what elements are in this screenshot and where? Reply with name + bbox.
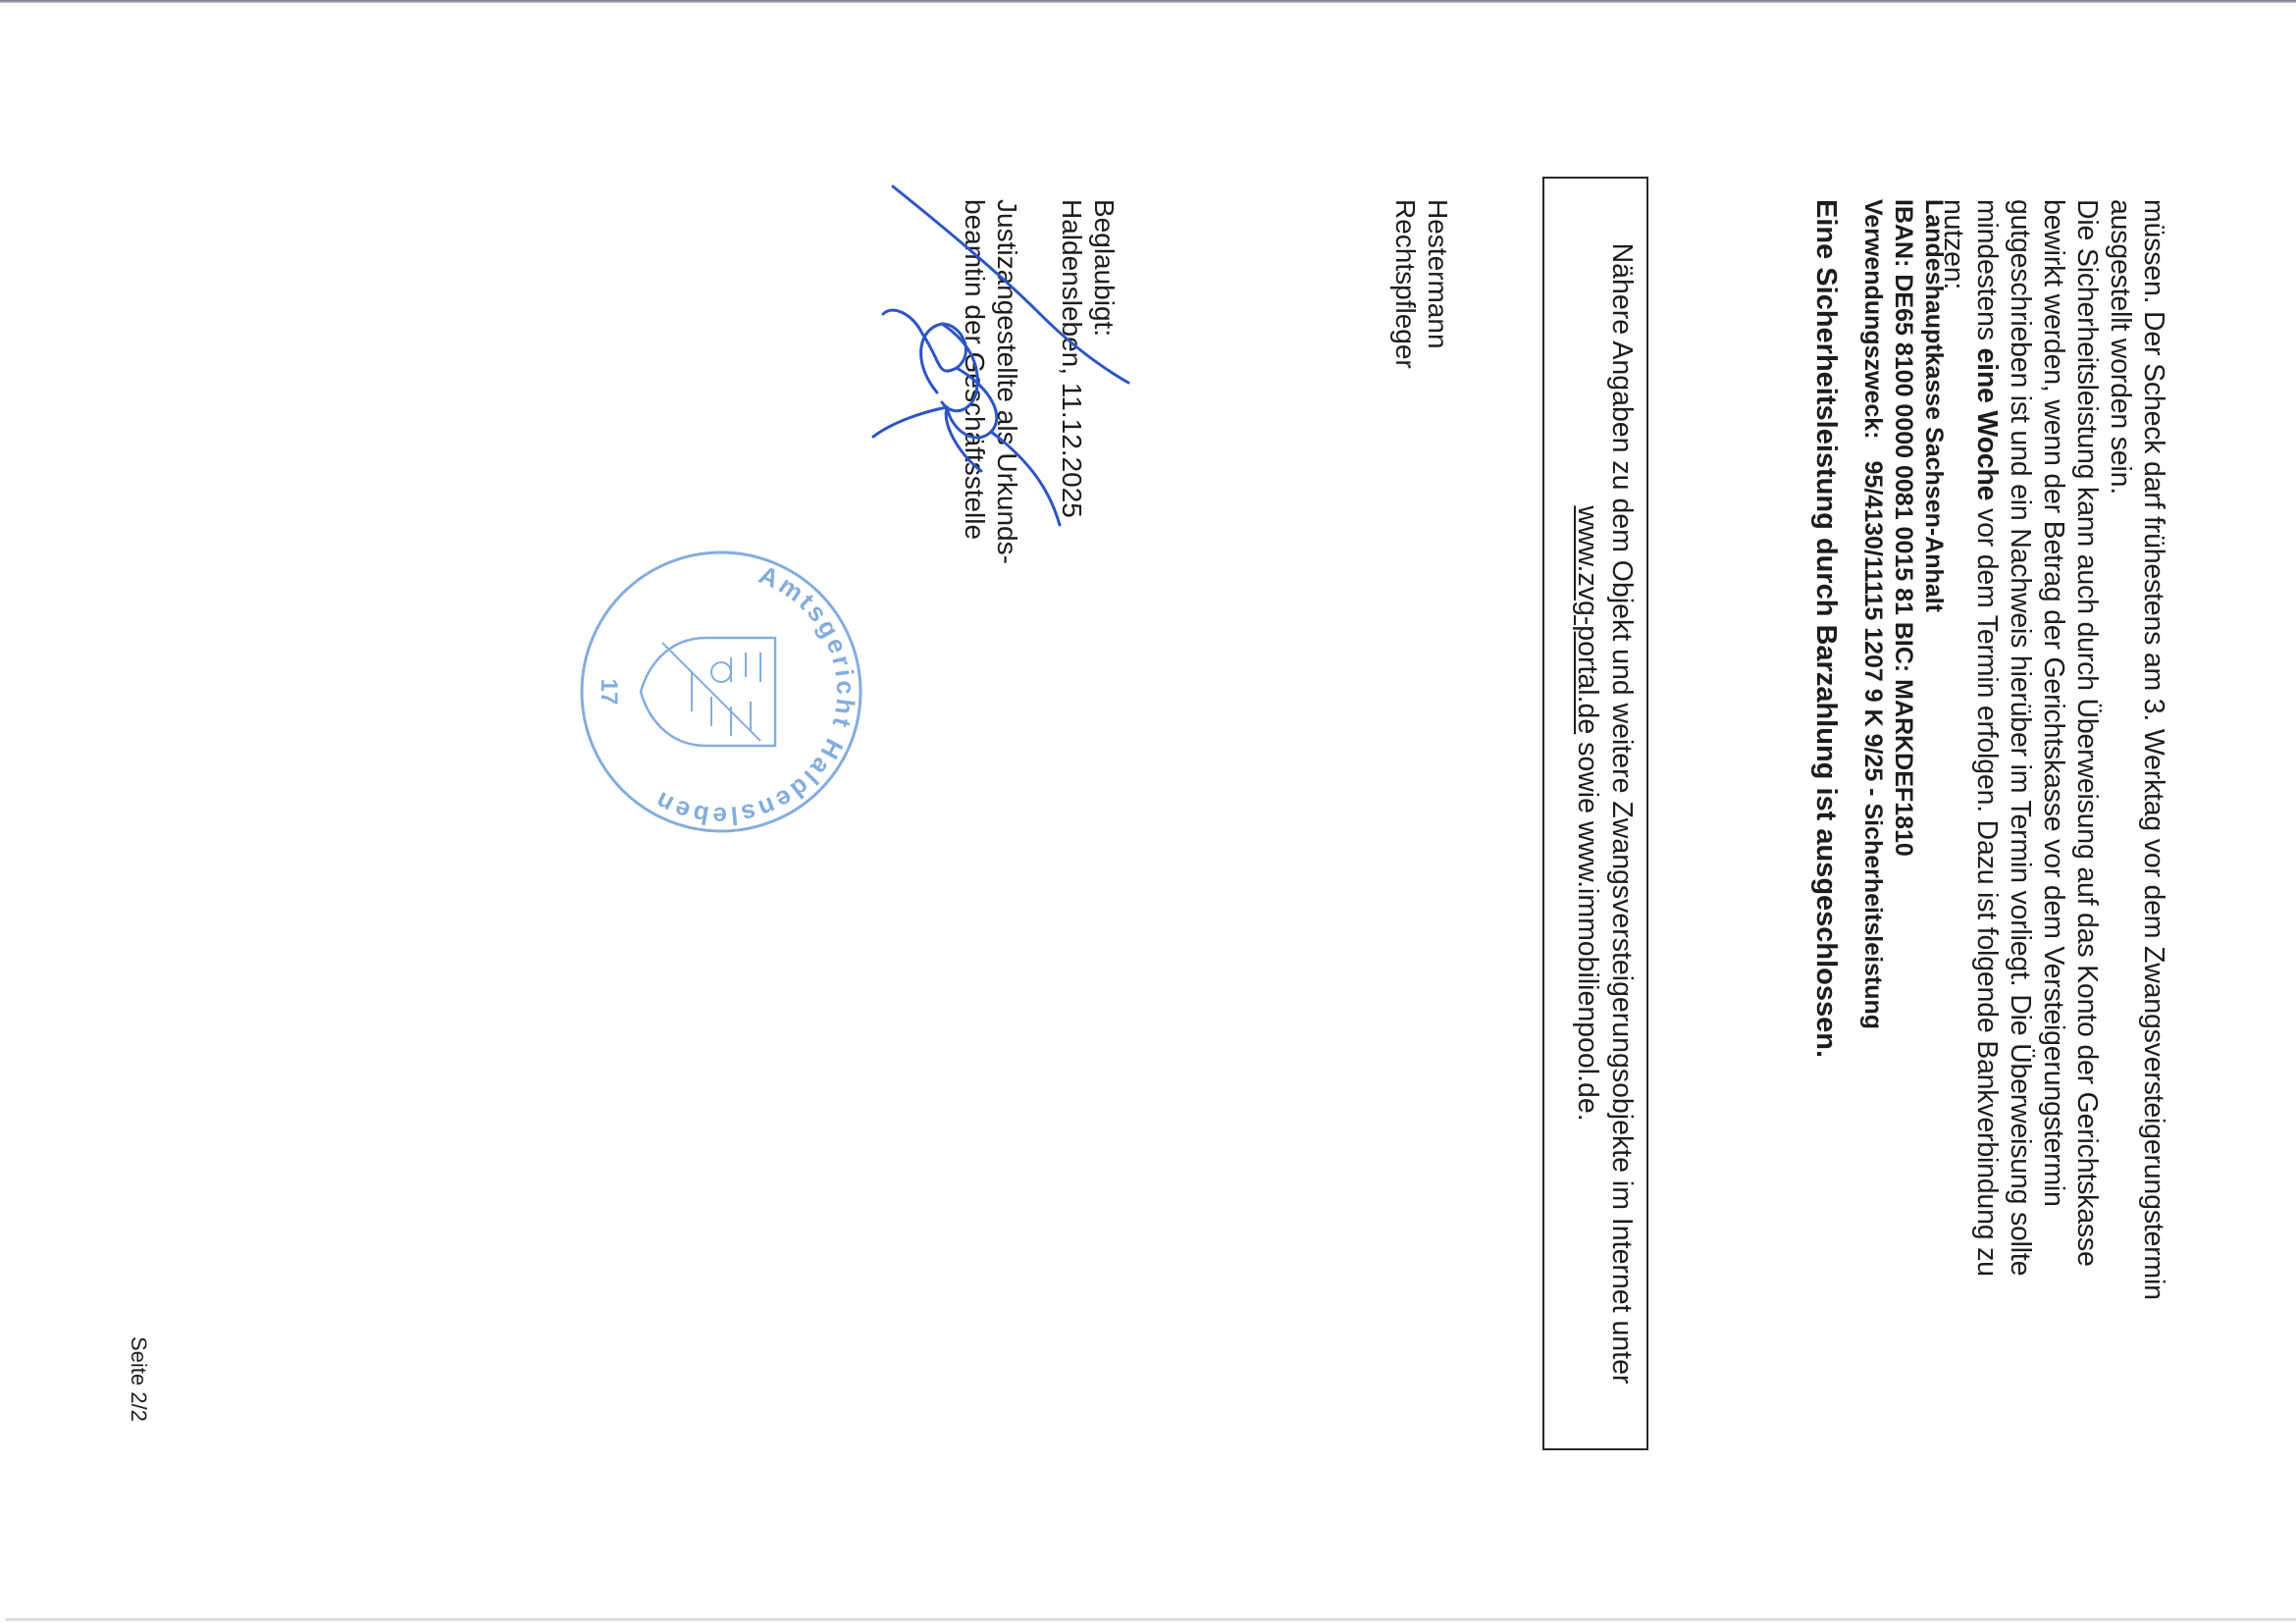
page-number: Seite 2/2 [126,1336,151,1422]
paragraph-line: bewirkt werden, wenn der Betrag der Geri… [2037,199,2070,1436]
iban-bic: IBAN: DE65 8100 0000 0081 0015 81 BIC: M… [1888,199,1918,1029]
zvg-portal-link[interactable]: www.zvg-portal.de [1572,505,1603,734]
cash-payment-notice: Eine Sicherheitsleistung durch Barzahlun… [1809,199,1843,1058]
paragraph-text: mindestens [1971,199,2003,347]
info-box-text: sowie www.immobilienpool.de. [1572,734,1603,1121]
paragraph-line: müssen. Der Scheck darf frühestens am 3.… [2137,199,2170,1436]
paragraph-line: Die Sicherheitsleistung kann auch durch … [2070,199,2104,1436]
payment-purpose-label: Verwendungszweck: [1859,199,1887,440]
svg-text:Amtsgericht Haldensleben: Amtsgericht Haldensleben [648,559,861,831]
info-box-line: www.zvg-portal.de sowie www.immobilienpo… [1571,179,1604,1448]
paragraph-line: ausgestellt worden sein. [2104,199,2137,1436]
payment-purpose-value: 95/4130/11115 1207 9 K 9/25 - Sicherheit… [1859,461,1887,1030]
paragraph-text: vor dem Termin erfolgen. Dazu ist folgen… [1971,500,2003,1276]
signer-name: Hestermann [1422,199,1454,369]
stamp-number: 17 [596,679,622,706]
emphasis-one-week: eine Woche [1971,347,2003,500]
rotated-document-page: müssen. Der Scheck darf frühestens am 3.… [0,0,2296,1623]
signer-title: Rechtspfleger [1389,199,1422,369]
stamp-text: Amtsgericht Haldensleben [648,559,861,831]
signer-block: Hestermann Rechtspfleger [1389,199,1454,369]
info-box-line: Nähere Angaben zu dem Objekt und weitere… [1605,179,1639,1448]
info-box: Nähere Angaben zu dem Objekt und weitere… [1542,177,1648,1450]
payment-purpose: Verwendungszweck:95/4130/11115 1207 9 K … [1857,199,1888,1029]
paragraph-line: mindestens eine Woche vor dem Termin erf… [1970,199,2004,1436]
bank-name: Landeshauptkasse Sachsen-Anhalt [1918,199,1949,1029]
paragraph-line: gutgeschrieben ist und ein Nachweis hier… [2004,199,2037,1436]
bank-details: Landeshauptkasse Sachsen-Anhalt IBAN: DE… [1857,199,1949,1029]
handwritten-signature-icon [863,167,1187,540]
court-stamp-icon: Amtsgericht Haldensleben 17 [574,545,868,839]
security-deposit-paragraph: müssen. Der Scheck darf frühestens am 3.… [1937,199,2170,1436]
